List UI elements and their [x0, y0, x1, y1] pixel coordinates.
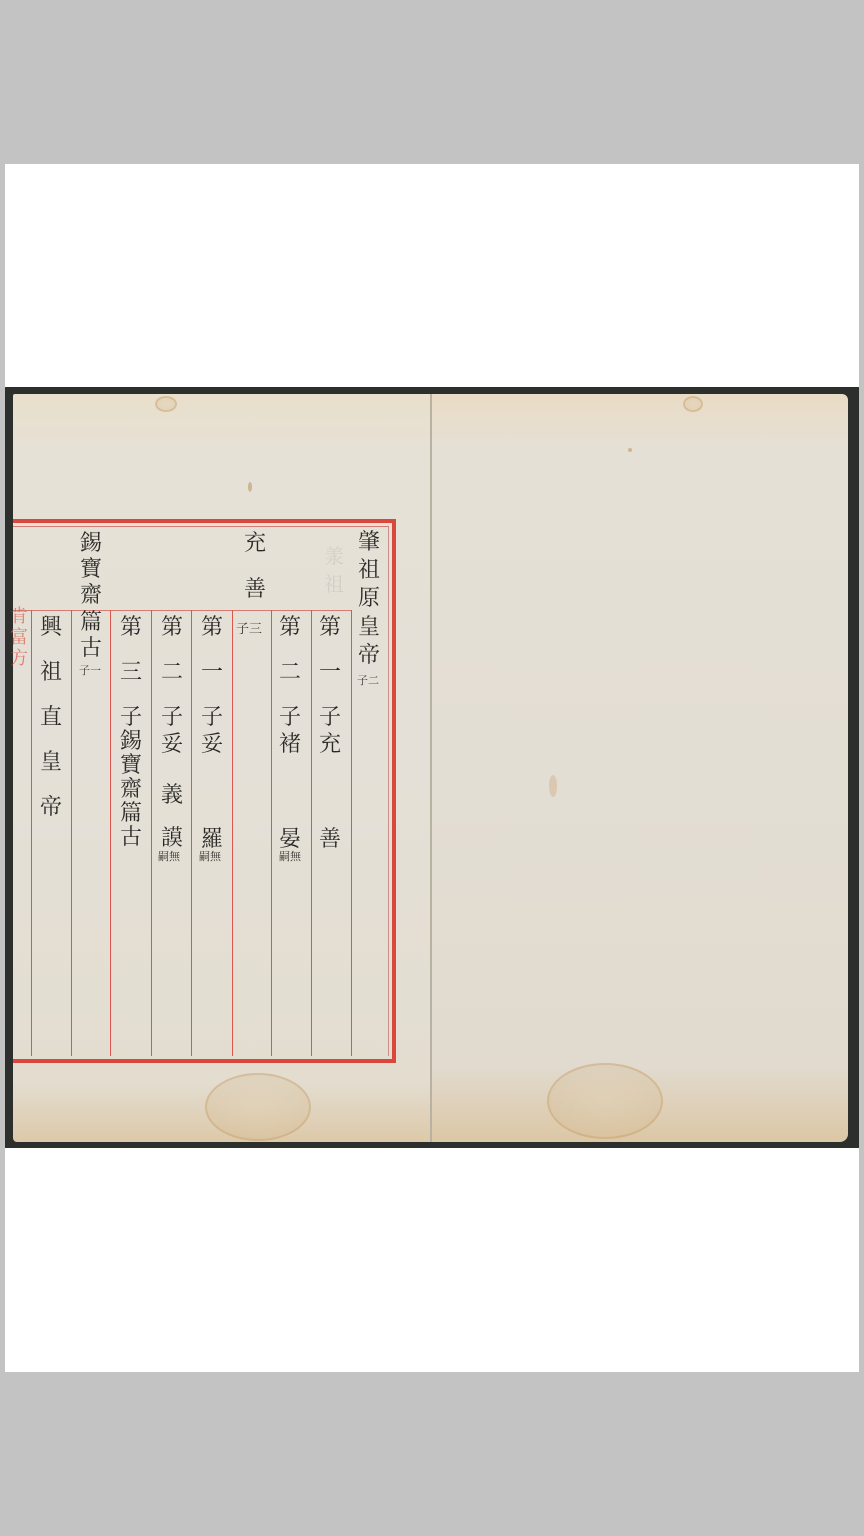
column-rule: [191, 610, 192, 1056]
genealogy-column: 第 三 子 錫 寶 齋 篇 古: [113, 617, 149, 849]
char: 帝: [358, 645, 380, 667]
header-rightmost-column: 肇 祖 原: [351, 532, 387, 610]
right-page: [432, 394, 848, 1142]
genealogy-column: 興 祖 直 皇 帝: [33, 617, 69, 819]
char: 錫: [80, 533, 102, 555]
genealogy-column: 皇 帝: [351, 617, 387, 667]
char: 帝: [40, 797, 62, 819]
column-rule: [151, 610, 152, 1056]
char: 子: [319, 707, 341, 729]
char: 寶: [80, 559, 102, 581]
char: 第: [279, 617, 301, 639]
char: 二: [161, 662, 183, 684]
genealogy-column: 第 一 子 妥 羅: [194, 617, 230, 851]
char: 篇: [80, 612, 102, 634]
char: 篇: [120, 803, 142, 825]
column-rule: [232, 610, 233, 1056]
char: 齋: [80, 585, 102, 607]
char: 第: [319, 617, 341, 639]
genealogy-column: 篇 古: [73, 612, 109, 660]
column-rule: [351, 610, 352, 1056]
genealogy-column: 第 二 子 褚 晏: [272, 617, 308, 851]
char: 妥: [201, 734, 223, 756]
header-row-divider: [13, 610, 351, 611]
char: 三: [120, 662, 142, 684]
char: 妥: [161, 734, 183, 756]
column-note: 子二: [357, 672, 379, 688]
char: 祖: [358, 560, 380, 582]
char: 直: [40, 707, 62, 729]
water-stain: [205, 1073, 311, 1141]
char: 褚: [279, 734, 301, 756]
column-rule: [110, 610, 111, 1056]
seal-char: 富: [10, 627, 28, 648]
char: 一: [201, 662, 223, 684]
char: 古: [120, 827, 142, 849]
paper-spot: [549, 775, 557, 797]
char: 二: [279, 662, 301, 684]
seal-char: 方: [10, 648, 28, 669]
header-entry-chongshan: 充 善: [237, 533, 273, 601]
header-entry-xibaozhai: 錫 寶 齋: [73, 533, 109, 607]
char: 子: [201, 707, 223, 729]
char: 第: [201, 617, 223, 639]
column-note: 子三: [236, 618, 262, 637]
char: 原: [358, 588, 380, 610]
genealogy-column: 第 二 子 妥 義 謨: [154, 617, 190, 850]
water-stain: [155, 396, 177, 412]
genealogy-column: 第 一 子 充 善: [312, 617, 348, 851]
char: 謨: [161, 828, 183, 850]
paper-spot: [248, 482, 252, 492]
column-rule: [71, 610, 72, 1056]
column-note: 嗣無: [158, 848, 180, 864]
char: 善: [244, 579, 266, 601]
water-stain: [547, 1063, 663, 1139]
char: 寶: [120, 755, 142, 777]
column-note: 嗣無: [279, 848, 301, 864]
header-divider: [13, 526, 389, 527]
char: 皇: [40, 752, 62, 774]
char: 一: [319, 662, 341, 684]
paper-spot: [628, 448, 632, 452]
char: 肇: [358, 532, 380, 554]
char: 義: [161, 785, 183, 807]
column-note: 子一: [79, 662, 101, 678]
book-spine: [430, 394, 432, 1142]
char: 古: [80, 638, 102, 660]
char: 第: [161, 617, 183, 639]
column-rule: [31, 610, 32, 1056]
char: 祖: [40, 662, 62, 684]
char: 子: [120, 707, 142, 729]
char: 子: [161, 707, 183, 729]
char: 充: [319, 734, 341, 756]
char: 皇: [358, 617, 380, 639]
char: 善: [319, 829, 341, 851]
seal-char: 肯: [10, 606, 28, 627]
char: 興: [40, 617, 62, 639]
water-stain: [683, 396, 703, 412]
column-note: 嗣無: [199, 848, 221, 864]
char: 子: [279, 707, 301, 729]
char: 錫: [120, 731, 142, 753]
char: 第: [120, 617, 142, 639]
red-seal: 肯 富 方: [8, 606, 30, 686]
char: 齋: [120, 779, 142, 801]
char: 充: [244, 533, 266, 555]
